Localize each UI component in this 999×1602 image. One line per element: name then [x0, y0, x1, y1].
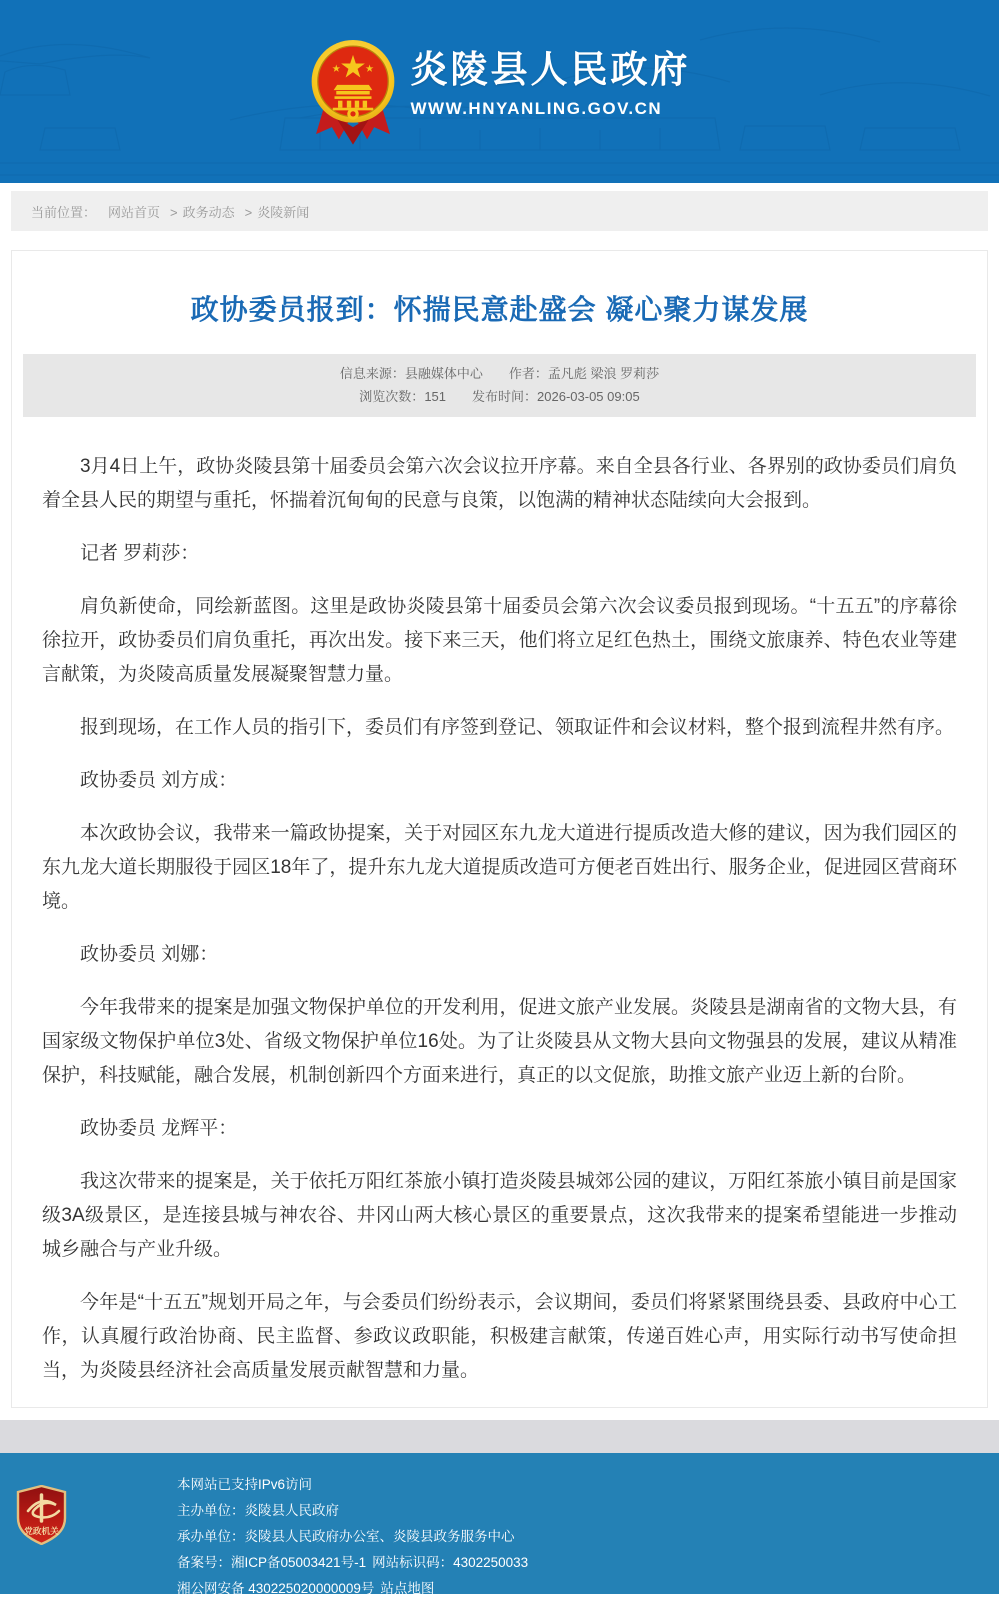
article-paragraph: 记者 罗莉莎： [42, 537, 957, 571]
views-value: 151 [424, 389, 446, 404]
footer-host-line: 主办单位：炎陵县人民政府 [177, 1498, 999, 1524]
breadcrumb-separator: > [170, 205, 178, 220]
article-body: 3月4日上午，政协炎陵县第十届委员会第六次会议拉开序幕。来自全县各行业、各界别的… [12, 417, 987, 1388]
prefooter-gap [0, 1408, 999, 1420]
breadcrumb-items: 网站首页>政务动态>炎陵新闻 [106, 202, 311, 221]
security-record: 湘公网安备 430225020000009号 [177, 1581, 374, 1596]
article-title: 政协委员报到：怀揣民意赴盛会 凝心聚力谋发展 [52, 291, 947, 329]
breadcrumb-item-1[interactable]: 网站首页 [108, 205, 160, 220]
author-label: 作者： [509, 366, 548, 381]
source-label: 信息来源： [340, 366, 405, 381]
site-code: 4302250033 [453, 1555, 528, 1570]
footer-ipv6-line: 本网站已支持IPv6访问 [177, 1472, 999, 1498]
site-title: 炎陵县人民政府 [411, 48, 691, 92]
article-paragraph: 政协委员 刘方成： [42, 764, 957, 798]
party-government-badge-icon[interactable]: 党政机关 [15, 1485, 68, 1545]
article-paragraph: 本次政协会议，我带来一篇政协提案，关于对园区东九龙大道进行提质改造大修的建议，因… [42, 817, 957, 919]
icp-number: 湘ICP备05003421号-1 [231, 1555, 366, 1570]
organizer-label: 承办单位： [177, 1529, 245, 1544]
site-url: WWW.HNYANLING.GOV.CN [411, 99, 691, 119]
prefooter-strip [0, 1420, 999, 1453]
publish-time-value: 2026-03-05 09:05 [537, 389, 640, 404]
footer-security-line: 湘公网安备 430225020000009号站点地图 [177, 1576, 999, 1602]
article-paragraph: 肩负新使命，同绘新蓝图。这里是政协炎陵县第十届委员会第六次会议委员报到现场。“十… [42, 590, 957, 692]
organizer-value: 炎陵县人民政府办公室、炎陵县政务服务中心 [245, 1529, 515, 1544]
breadcrumb-item-3[interactable]: 炎陵新闻 [257, 205, 309, 220]
article-paragraph: 报到现场，在工作人员的指引下，委员们有序签到登记、领取证件和会议材料，整个报到流… [42, 711, 957, 745]
site-footer: 党政机关 本网站已支持IPv6访问 主办单位：炎陵县人民政府 承办单位：炎陵县人… [0, 1453, 999, 1594]
article-paragraph: 今年是“十五五”规划开局之年，与会委员们纷纷表示，会议期间，委员们将紧紧围绕县委… [42, 1286, 957, 1388]
article-paragraph: 政协委员 龙辉平： [42, 1112, 957, 1146]
article-meta-line-2: 浏览次数：151发布时间：2026-03-05 09:05 [23, 385, 976, 408]
footer-organizer-line: 承办单位：炎陵县人民政府办公室、炎陵县政务服务中心 [177, 1524, 999, 1550]
views-label: 浏览次数： [359, 389, 424, 404]
publish-time-label: 发布时间： [472, 389, 537, 404]
site-header: 炎陵县人民政府 WWW.HNYANLING.GOV.CN [0, 0, 999, 183]
article-paragraph: 我这次带来的提案是，关于依托万阳红茶旅小镇打造炎陵县城郊公园的建议，万阳红茶旅小… [42, 1165, 957, 1267]
article-card: 政协委员报到：怀揣民意赴盛会 凝心聚力谋发展 信息来源：县融媒体中心作者：孟凡彪… [11, 250, 988, 1408]
ipv6-notice: 本网站已支持IPv6访问 [177, 1477, 312, 1492]
breadcrumb-separator: > [245, 205, 253, 220]
breadcrumb-label: 当前位置： [31, 202, 96, 221]
breadcrumb-item-2[interactable]: 政务动态 [183, 205, 235, 220]
article-paragraph: 政协委员 刘娜： [42, 938, 957, 972]
sitemap-link[interactable]: 站点地图 [380, 1581, 434, 1596]
host-label: 主办单位： [177, 1503, 245, 1518]
footer-icp-line: 备案号：湘ICP备05003421号-1网站标识码：4302250033 [177, 1550, 999, 1576]
site-code-label: 网站标识码： [372, 1555, 453, 1570]
site-identity: 炎陵县人民政府 WWW.HNYANLING.GOV.CN [411, 48, 691, 119]
site-logo: 炎陵县人民政府 WWW.HNYANLING.GOV.CN [0, 0, 999, 183]
national-emblem-icon [309, 35, 397, 147]
icp-label: 备案号： [177, 1555, 231, 1570]
article-paragraph: 今年我带来的提案是加强文物保护单位的开发利用，促进文旅产业发展。炎陵县是湖南省的… [42, 991, 957, 1093]
article-meta-line-1: 信息来源：县融媒体中心作者：孟凡彪 梁浪 罗莉莎 [23, 362, 976, 385]
footer-info: 本网站已支持IPv6访问 主办单位：炎陵县人民政府 承办单位：炎陵县人民政府办公… [0, 1453, 999, 1602]
breadcrumb: 当前位置： 网站首页>政务动态>炎陵新闻 [11, 191, 988, 231]
author-value: 孟凡彪 梁浪 罗莉莎 [548, 366, 659, 381]
article-meta: 信息来源：县融媒体中心作者：孟凡彪 梁浪 罗莉莎 浏览次数：151发布时间：20… [23, 354, 976, 417]
article-paragraph: 3月4日上午，政协炎陵县第十届委员会第六次会议拉开序幕。来自全县各行业、各界别的… [42, 450, 957, 518]
svg-text:党政机关: 党政机关 [24, 1525, 59, 1536]
source-value: 县融媒体中心 [405, 366, 483, 381]
host-value: 炎陵县人民政府 [245, 1503, 340, 1518]
